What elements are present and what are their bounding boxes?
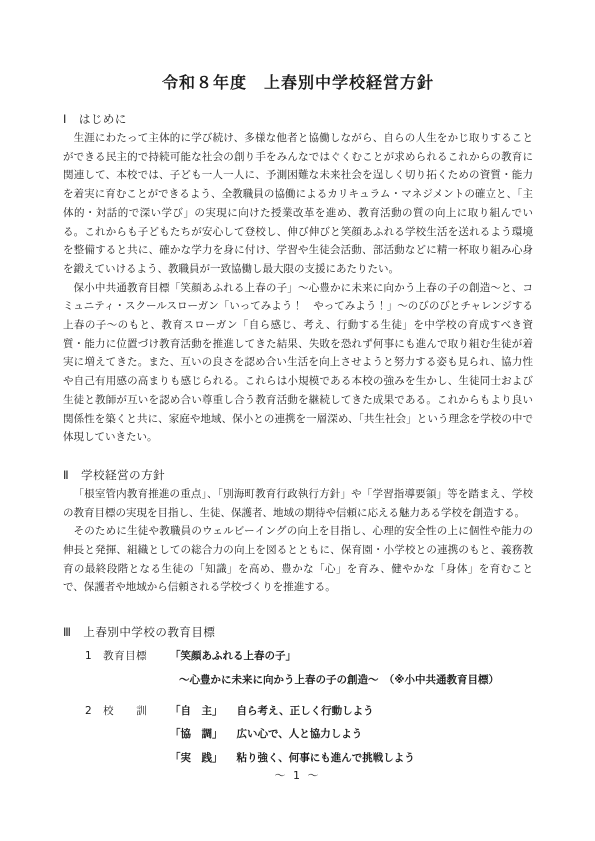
education-goal-label: 1 教育目標 xyxy=(85,647,170,666)
section-1-paragraph-1: 生涯にわたって主体的に学び続け、多様な他者と協働しながら、自らの人生をかじ取りす… xyxy=(63,129,533,279)
education-goal-item: 1 教育目標 「笑顔あふれる上春の子」 ～心豊かに未来に向かう上春の子の創造～ … xyxy=(63,647,533,689)
section-3-heading: Ⅲ 上春別中学校の教育目標 xyxy=(63,623,533,642)
motto-description: 粘り強く、何事にも進んで挑戦しよう xyxy=(237,752,415,764)
page-number: ～ 1 ～ xyxy=(0,767,595,786)
motto-term: 「協 調」 xyxy=(170,725,223,744)
section-2-heading: Ⅱ 学校経営の方針 xyxy=(63,466,533,485)
motto-row-jishu: 「自 主」自ら考え、正しく行動しよう xyxy=(170,702,533,721)
section-2-paragraph-1: 「根室管内教育推進の重点」、「別海町教育行政執行方針」や「学習指導要領」等を踏ま… xyxy=(63,485,533,522)
section-1-heading: Ⅰ はじめに xyxy=(63,110,533,129)
section-1-paragraph-2: 保小中共通教育目標「笑顔あふれる上春の子」～心豊かに未来に向かう上春の子の創造～… xyxy=(63,279,533,447)
motto-description: 自ら考え、正しく行動しよう xyxy=(237,705,374,717)
school-motto-label: 2 校 訓 xyxy=(85,702,170,721)
document-page: 令和８年度 上春別中学校経営方針 Ⅰ はじめに 生涯にわたって主体的に学び続け、… xyxy=(0,0,595,841)
school-motto-item: 2 校 訓 「自 主」自ら考え、正しく行動しよう 「協 調」広い心で、人と協力し… xyxy=(63,702,533,768)
education-goal-title: 「笑顔あふれる上春の子」 xyxy=(170,647,533,666)
section-2-paragraph-2: そのために生徒や教職員のウェルビーイングの向上を目指し、心理的安全性の上に個性や… xyxy=(63,522,533,597)
education-goal-subtitle: ～心豊かに未来に向かう上春の子の創造～ （※小中共通教育目標） xyxy=(170,671,533,690)
motto-term: 「実 践」 xyxy=(170,749,223,768)
education-goal-list: 1 教育目標 「笑顔あふれる上春の子」 ～心豊かに未来に向かう上春の子の創造～ … xyxy=(63,647,533,768)
motto-row-jissen: 「実 践」粘り強く、何事にも進んで挑戦しよう xyxy=(170,749,533,768)
school-motto-list: 「自 主」自ら考え、正しく行動しよう 「協 調」広い心で、人と協力しよう 「実 … xyxy=(170,702,533,768)
document-title: 令和８年度 上春別中学校経営方針 xyxy=(63,72,533,94)
motto-row-kyocho: 「協 調」広い心で、人と協力しよう xyxy=(170,725,533,744)
section-introduction: Ⅰ はじめに 生涯にわたって主体的に学び続け、多様な他者と協働しながら、自らの人… xyxy=(63,110,533,447)
section-education-goals: Ⅲ 上春別中学校の教育目標 1 教育目標 「笑顔あふれる上春の子」 ～心豊かに未… xyxy=(63,623,533,768)
motto-description: 広い心で、人と協力しよう xyxy=(237,728,363,740)
education-goal-value: 「笑顔あふれる上春の子」 ～心豊かに未来に向かう上春の子の創造～ （※小中共通教… xyxy=(170,647,533,689)
section-management-policy: Ⅱ 学校経営の方針 「根室管内教育推進の重点」、「別海町教育行政執行方針」や「学… xyxy=(63,466,533,597)
motto-term: 「自 主」 xyxy=(170,702,223,721)
